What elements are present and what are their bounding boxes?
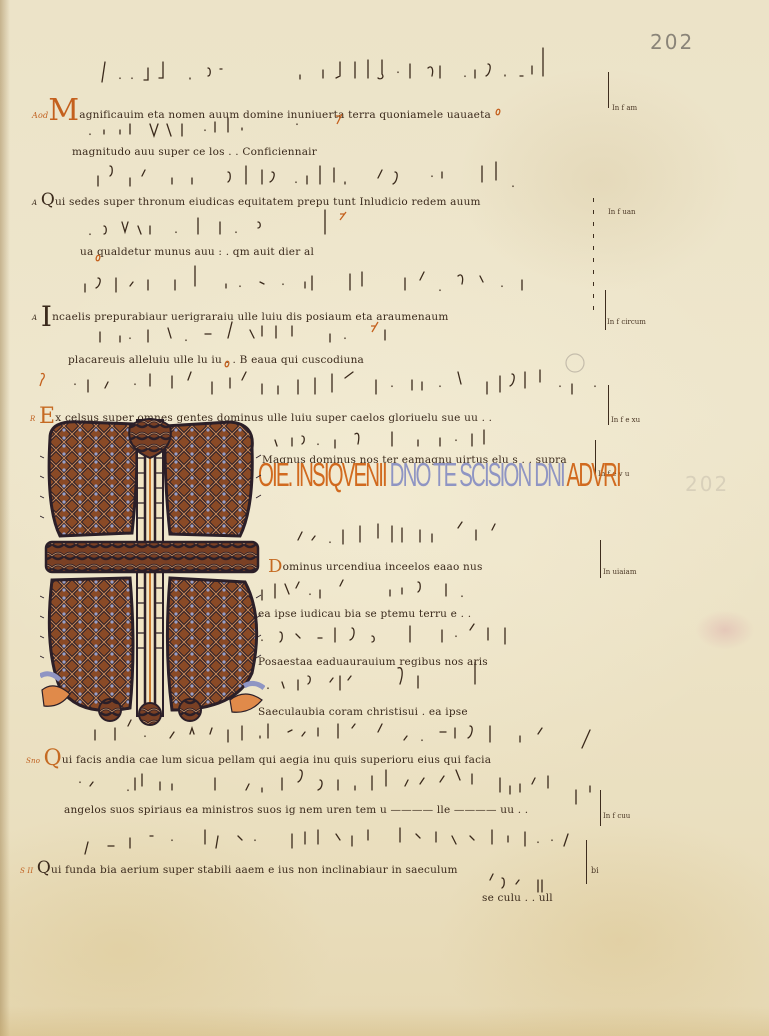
interlace-initial-icon bbox=[40, 418, 265, 728]
illuminated-initial-vd bbox=[40, 418, 265, 728]
